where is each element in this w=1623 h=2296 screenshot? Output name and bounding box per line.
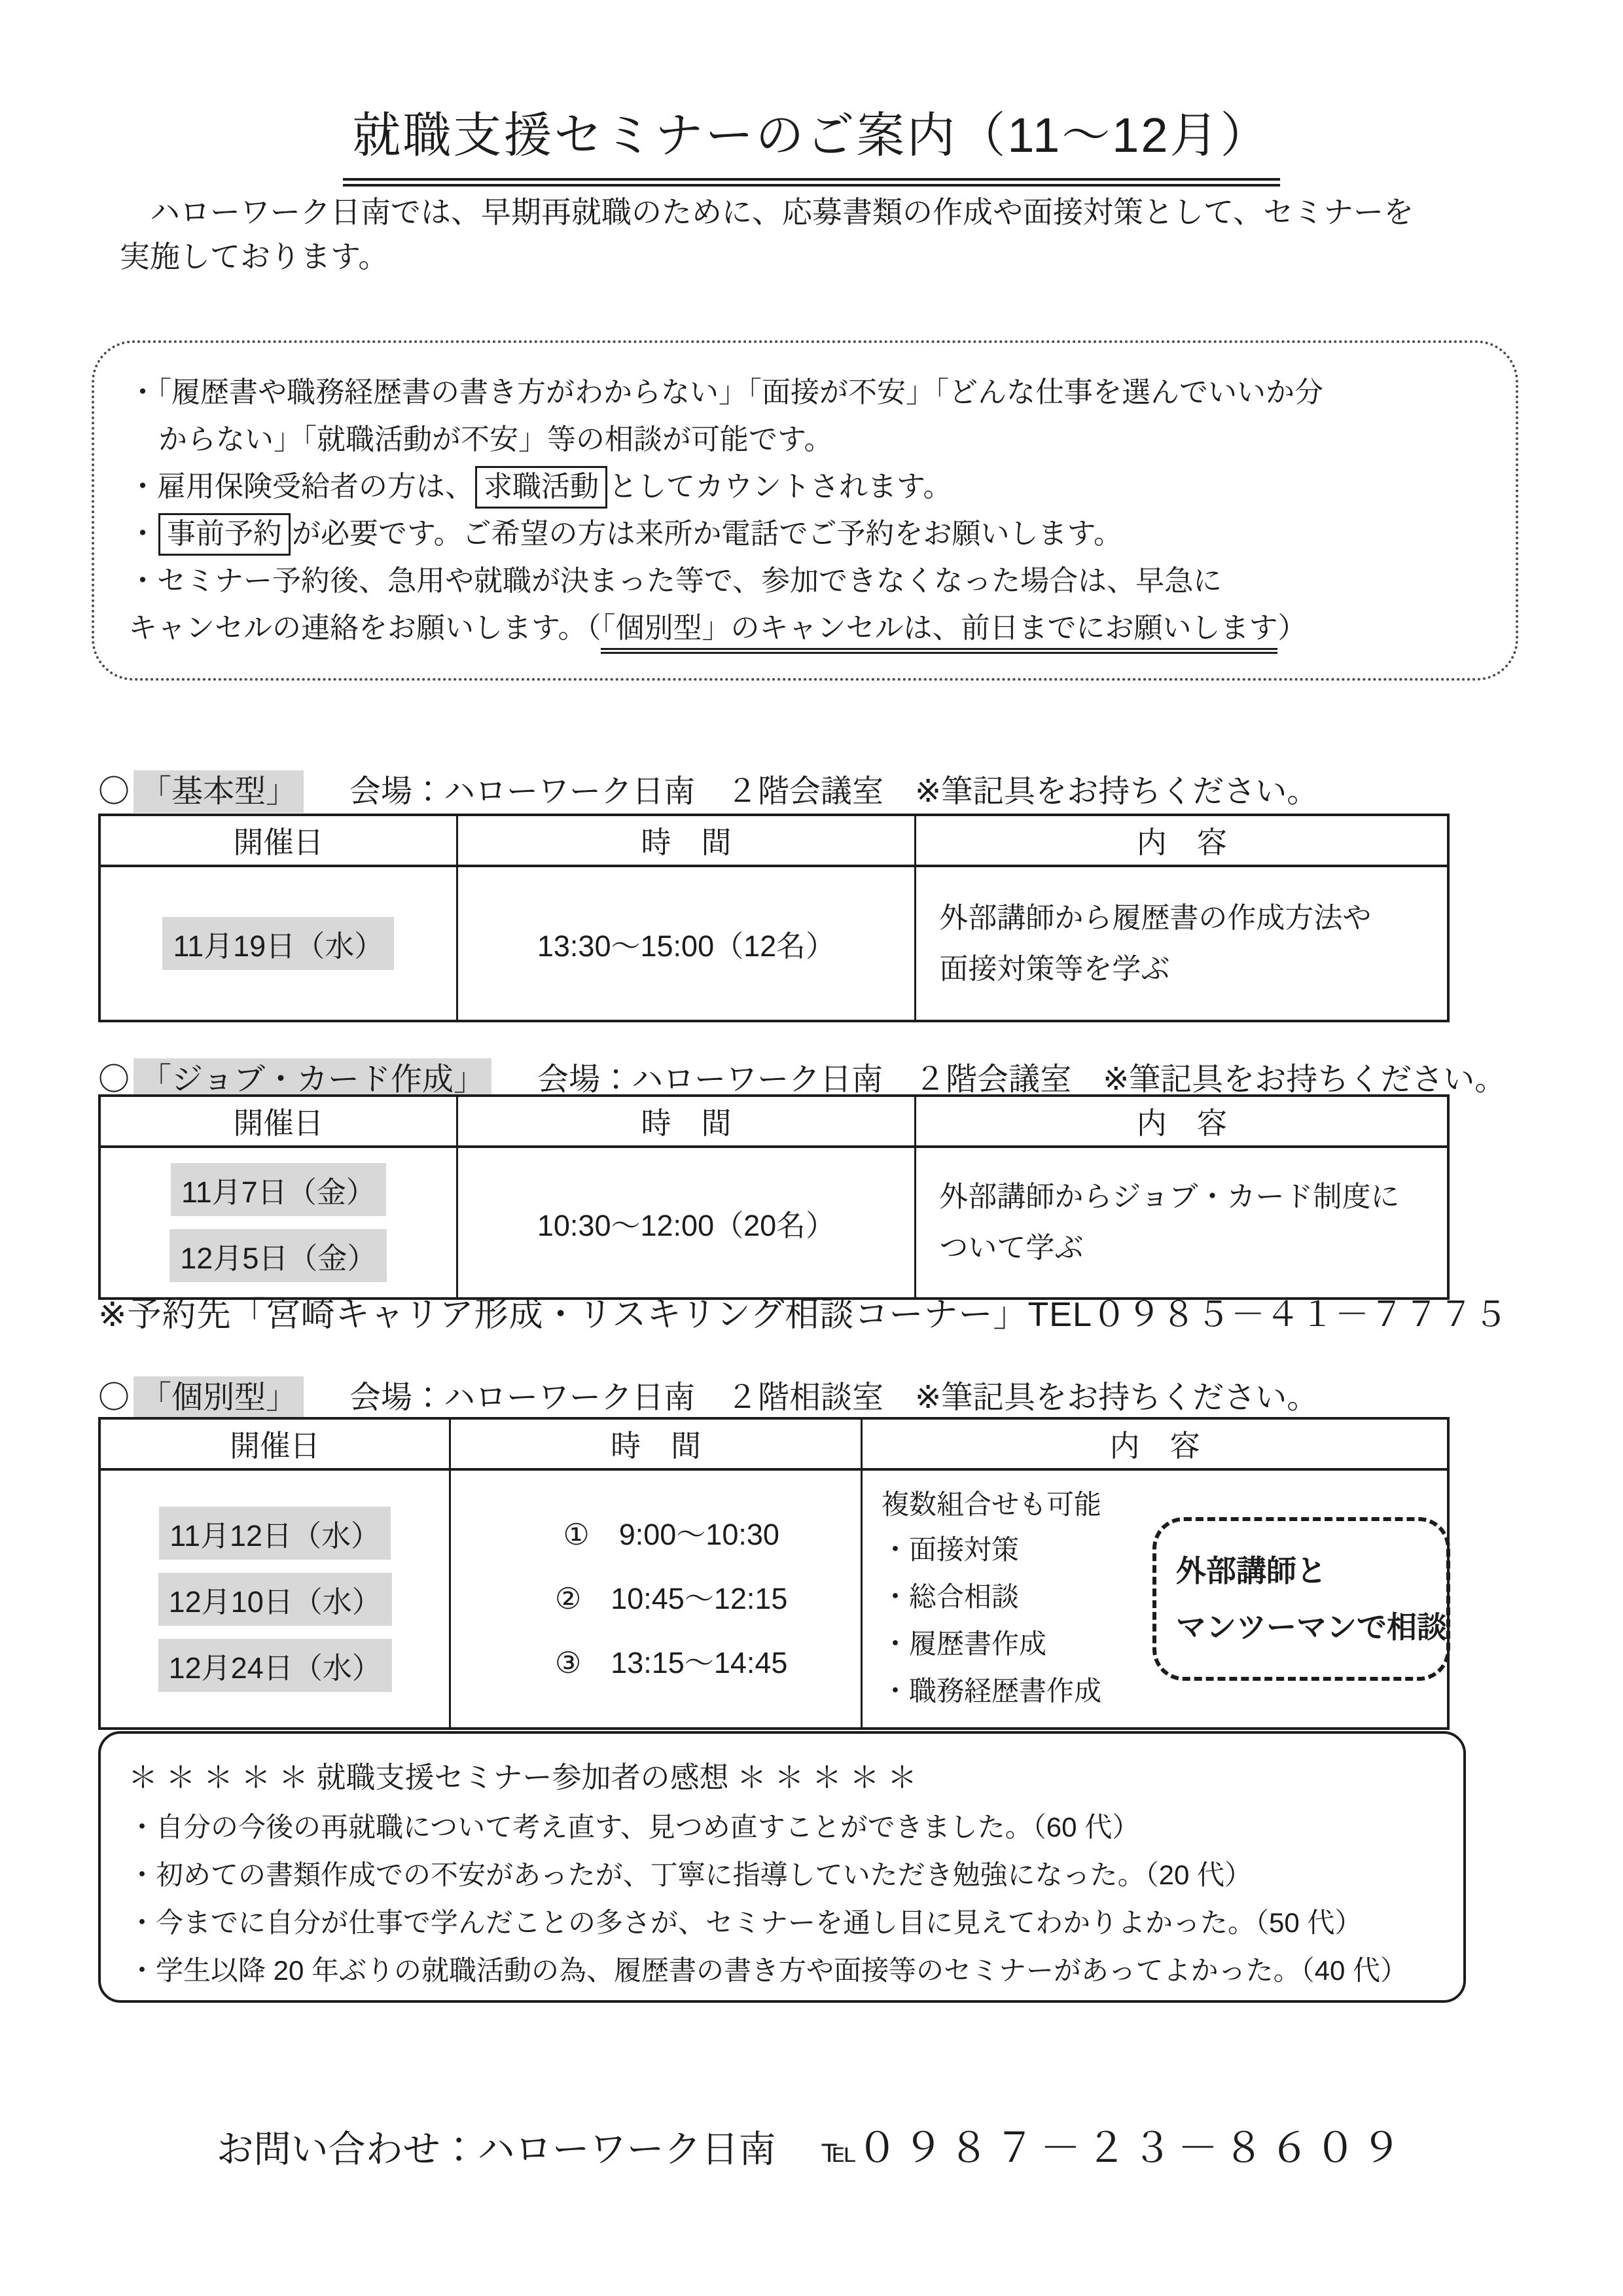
col-header-content: 内 容	[861, 1418, 1448, 1469]
feedback-title: ＊ ＊ ＊ ＊ ＊ 就職支援セミナー参加者の感想 ＊ ＊ ＊ ＊ ＊	[128, 1752, 1436, 1803]
col-header-time: 時 間	[457, 815, 916, 866]
intro-paragraph: ハローワーク日南では、早期再就職のために、応募書類の作成や面接対策として、セミナ…	[120, 190, 1546, 279]
individual-time-slot-3: ③ 13:15～14:45	[482, 1631, 860, 1695]
footer-contact: お問い合わせ：ハローワーク日南 ℡０９８７－２３－８６０９	[0, 2115, 1623, 2174]
individual-date-1: 11月12日（水）	[159, 1507, 391, 1560]
feedback-item-2: ・初めての書類作成での不安があったが、丁寧に指導していただき勉強になった。（20…	[128, 1851, 1436, 1899]
feedback-item-1: ・自分の今後の再就職について考え直す、見つめ直すことができました。（60 代）	[128, 1803, 1436, 1851]
jobcard-content-line-1: 外部講師からジョブ・カード制度に	[939, 1172, 1434, 1223]
individual-time-slot-2: ② 10:45～12:15	[482, 1567, 860, 1631]
section-venue-basic: 会場：ハローワーク日南 ２階会議室 ※筆記具をお持ちください。	[349, 774, 1318, 809]
jobcard-content-line-2: ついて学ぶ	[939, 1223, 1434, 1274]
circle-marker: 〇	[98, 774, 130, 809]
notice-line-3: ・雇用保険受給者の方は、求職活動としてカウントされます。	[128, 463, 1482, 511]
boxed-term-kyushoku-katsudo: 求職活動	[475, 466, 607, 509]
basic-schedule-table: 開催日 時 間 内 容 11月19日（水） 13:30～15:00（12名） 外…	[98, 814, 1450, 1022]
circle-marker: 〇	[98, 1380, 130, 1415]
circle-marker: 〇	[98, 1062, 130, 1097]
jobcard-date-1: 11月7日（金）	[171, 1163, 386, 1216]
notice-cancel-deadline: 「個別型」のキャンセルは、前日までにお願いします	[601, 612, 1277, 654]
col-header-time: 時 間	[450, 1418, 862, 1469]
notice-line-6-pre: キャンセルの連絡をお願いします。（	[128, 612, 601, 644]
page-title: 就職支援セミナーのご案内（11～12月）	[343, 97, 1279, 187]
feedback-box: ＊ ＊ ＊ ＊ ＊ 就職支援セミナー参加者の感想 ＊ ＊ ＊ ＊ ＊ ・自分の今…	[98, 1731, 1466, 2003]
notice-box: ・「履歴書や職務経歴書の書き方がわからない」「面接が不安」「どんな仕事を選んでい…	[92, 340, 1518, 681]
jobcard-content-cell: 外部講師からジョブ・カード制度に ついて学ぶ	[916, 1147, 1448, 1299]
section-venue-jobcard: 会場：ハローワーク日南 ２階会議室 ※筆記具をお持ちください。	[537, 1062, 1506, 1097]
callout-line-2: マンツーマンで相談	[1176, 1599, 1427, 1655]
boxed-term-jizen-yoyaku: 事前予約	[158, 513, 291, 556]
table-header-row: 開催日 時 間 内 容	[99, 1418, 1448, 1469]
individual-content-list: 複数組合せも可能 ・面接対策 ・総合相談 ・履歴書作成 ・職務経歴書作成	[882, 1483, 1143, 1715]
notice-line-4-post: が必要です。ご希望の方は来所か電話でご予約をお願いします。	[292, 518, 1122, 550]
individual-time-slot-1: ① 9:00～10:30	[482, 1503, 860, 1567]
col-header-content: 内 容	[916, 815, 1448, 866]
notice-line-1: ・「履歴書や職務経歴書の書き方がわからない」「面接が不安」「どんな仕事を選んでい…	[128, 369, 1482, 416]
individual-content-item-3: ・履歴書作成	[882, 1621, 1143, 1668]
basic-date: 11月19日（水）	[162, 917, 394, 970]
callout-line-1: 外部講師と	[1176, 1543, 1427, 1599]
notice-line-2: からない」「就職活動が不安」等の相談が可能です。	[128, 416, 1482, 463]
notice-line-4-bullet: ・	[128, 518, 157, 550]
feedback-item-4: ・学生以降 20 年ぶりの就職活動の為、履歴書の書き方や面接等のセミナーがあって…	[128, 1946, 1436, 1994]
individual-content-item-2: ・総合相談	[882, 1573, 1143, 1621]
document-header: 就職支援セミナーのご案内（11～12月）	[0, 97, 1623, 187]
basic-content-line-1: 外部講師から履歴書の作成方法や	[939, 893, 1434, 944]
notice-line-6-post: ）	[1277, 612, 1306, 644]
jobcard-reservation-note: ※予約先「宮崎キャリア形成・リスキリング相談コーナー」TEL０９８５－４１－７７…	[98, 1287, 1508, 1336]
tel-number: ０９８７－２３－８６０９	[857, 2126, 1406, 2171]
table-header-row: 開催日 時 間 内 容	[99, 1096, 1448, 1147]
notice-line-4: ・事前予約が必要です。ご希望の方は来所か電話でご予約をお願いします。	[128, 511, 1482, 558]
table-row: 11月19日（水） 13:30～15:00（12名） 外部講師から履歴書の作成方…	[99, 866, 1448, 1021]
basic-date-cell: 11月19日（水）	[99, 866, 457, 1021]
basic-content-cell: 外部講師から履歴書の作成方法や 面接対策等を学ぶ	[916, 866, 1448, 1021]
col-header-content: 内 容	[916, 1096, 1448, 1147]
intro-line-1: ハローワーク日南では、早期再就職のために、応募書類の作成や面接対策として、セミナ…	[120, 190, 1546, 234]
table-header-row: 開催日 時 間 内 容	[99, 815, 1448, 866]
section-heading-basic: 〇「基本型」会場：ハローワーク日南 ２階会議室 ※筆記具をお持ちください。	[98, 766, 1318, 811]
col-header-date: 開催日	[99, 1418, 450, 1469]
jobcard-date-2: 12月5日（金）	[169, 1229, 387, 1282]
notice-line-5: ・セミナー予約後、急用や就職が決まった等で、参加できなくなった場合は、早急に	[128, 558, 1482, 605]
section-venue-individual: 会場：ハローワーク日南 ２階相談室 ※筆記具をお持ちください。	[349, 1380, 1318, 1415]
jobcard-time-cell: 10:30～12:00（20名）	[457, 1147, 916, 1299]
jobcard-date-cell: 11月7日（金） 12月5日（金）	[99, 1147, 457, 1299]
table-row: 11月12日（水） 12月10日（水） 12月24日（水） ① 9:00～10:…	[99, 1469, 1448, 1729]
individual-content-cell: 複数組合せも可能 ・面接対策 ・総合相談 ・履歴書作成 ・職務経歴書作成 外部講…	[861, 1469, 1448, 1729]
table-row: 11月7日（金） 12月5日（金） 10:30～12:00（20名） 外部講師か…	[99, 1147, 1448, 1299]
notice-line-6: キャンセルの連絡をお願いします。（「個別型」のキャンセルは、前日までにお願いしま…	[128, 605, 1482, 652]
contact-label: お問い合わせ：ハローワーク日南	[217, 2119, 776, 2173]
contact-phone: ℡０９８７－２３－８６０９	[822, 2115, 1407, 2174]
one-on-one-callout-box: 外部講師と マンツーマンで相談	[1152, 1517, 1450, 1681]
individual-date-3: 12月24日（水）	[158, 1639, 392, 1692]
section-heading-individual: 〇「個別型」会場：ハローワーク日南 ２階相談室 ※筆記具をお持ちください。	[98, 1372, 1318, 1417]
section-name-individual: 「個別型」	[134, 1376, 304, 1419]
feedback-item-3: ・今までに自分が仕事で学んだことの多さが、セミナーを通し目に見えてわかりよかった…	[128, 1899, 1436, 1946]
jobcard-schedule-table: 開催日 時 間 内 容 11月7日（金） 12月5日（金） 10:30～12:0…	[98, 1094, 1450, 1300]
basic-time-cell: 13:30～15:00（12名）	[457, 866, 916, 1021]
basic-content-line-2: 面接対策等を学ぶ	[939, 944, 1434, 995]
section-heading-jobcard: 〇「ジョブ・カード作成」会場：ハローワーク日南 ２階会議室 ※筆記具をお持ちくだ…	[98, 1054, 1506, 1099]
col-header-date: 開催日	[99, 1096, 457, 1147]
notice-line-3-post: としてカウントされます。	[609, 471, 952, 503]
individual-schedule-table: 開催日 時 間 内 容 11月12日（水） 12月10日（水） 12月24日（水…	[98, 1417, 1450, 1730]
notice-line-3-pre: ・雇用保険受給者の方は、	[128, 471, 474, 503]
individual-content-item-4: ・職務経歴書作成	[882, 1668, 1143, 1715]
section-name-basic: 「基本型」	[134, 770, 304, 813]
individual-content-title: 複数組合せも可能	[882, 1483, 1143, 1526]
individual-content-item-1: ・面接対策	[882, 1526, 1143, 1573]
intro-line-2: 実施しております。	[120, 234, 1546, 279]
tel-icon: ℡	[822, 2132, 857, 2169]
col-header-date: 開催日	[99, 815, 457, 866]
individual-time-cell: ① 9:00～10:30 ② 10:45～12:15 ③ 13:15～14:45	[450, 1469, 862, 1729]
individual-date-cell: 11月12日（水） 12月10日（水） 12月24日（水）	[99, 1469, 450, 1729]
col-header-time: 時 間	[457, 1096, 916, 1147]
individual-date-2: 12月10日（水）	[158, 1573, 392, 1626]
